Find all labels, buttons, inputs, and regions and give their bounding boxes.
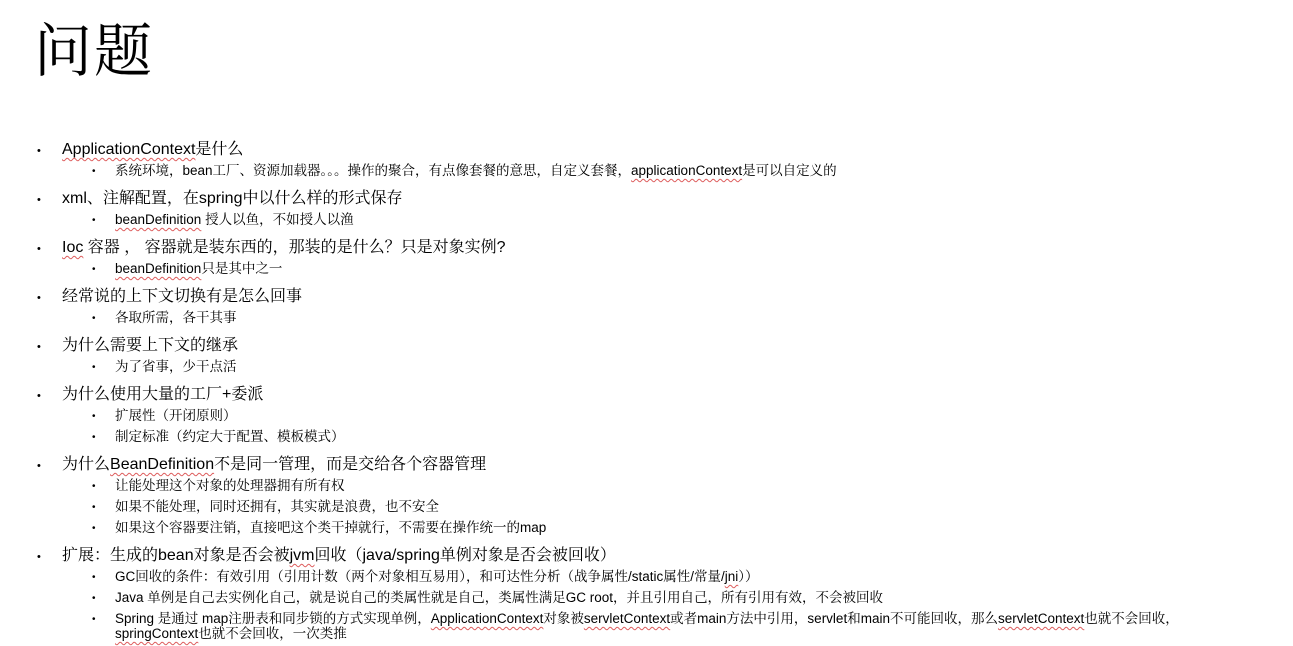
bullet-item: • Ioc 容器 ， 容器就是装东西的，那装的是什么？只是对象实例?	[35, 239, 1255, 256]
bullet-icon: •	[92, 612, 96, 627]
text-segment: 为什么使用大量的工厂+委派	[62, 386, 263, 403]
bullet-icon: •	[92, 213, 96, 228]
sub-bullet-item: • 让能处理这个对象的处理器拥有所有权	[35, 478, 1255, 493]
misspelled-word: ApplicationContext	[62, 141, 195, 158]
text-segment: GC回收的条件：有效引用（引用计数（两个对象相互易用），和可达性分析（战争属性/…	[115, 569, 725, 584]
misspelled-word: springContext	[115, 626, 198, 641]
bullet-icon: •	[92, 430, 96, 445]
bullet-icon: •	[37, 290, 41, 307]
bullet-icon: •	[92, 521, 96, 536]
sub-bullet-item: • 扩展性（开闭原则）	[35, 408, 1255, 423]
bullet-icon: •	[92, 591, 96, 606]
text-segment: 让能处理这个对象的处理器拥有所有权	[115, 478, 345, 493]
sub-bullet-item: • 各取所需，各干其事	[35, 310, 1255, 325]
text-segment: 也就不会回收，一次类推	[198, 626, 347, 641]
slide-title: 问题	[34, 19, 154, 84]
text-segment: 或者main方法中引用，servlet和main不可能回收，那么	[670, 611, 998, 626]
bullet-icon: •	[37, 192, 41, 209]
bullet-item: • 扩展：生成的bean对象是否会被jvm回收（java/spring单例对象是…	[35, 547, 1255, 564]
sub-bullet-item: • 为了省事，少干点活	[35, 359, 1255, 374]
text-segment: 如果这个容器要注销，直接吧这个类干掉就行，不需要在操作统一的map	[115, 520, 546, 535]
bullet-icon: •	[37, 388, 41, 405]
text-segment: 为了省事，少干点活	[115, 359, 237, 374]
bullet-item: • ApplicationContext是什么	[35, 141, 1255, 158]
misspelled-word: jni	[725, 569, 739, 584]
bullet-item: • 经常说的上下文切换有是怎么回事	[35, 288, 1255, 305]
misspelled-word: Ioc	[62, 239, 83, 256]
bullet-icon: •	[92, 570, 96, 585]
text-segment: 扩展性（开闭原则）	[115, 408, 237, 423]
misspelled-word: beanDefinition	[115, 261, 201, 276]
text-segment: 制定标准（约定大于配置、模板模式）	[115, 429, 345, 444]
text-segment: 经常说的上下文切换有是怎么回事	[62, 288, 302, 305]
text-segment: 回收（java/spring单例对象是否会被回收）	[315, 547, 616, 564]
sub-bullet-item: • beanDefinition只是其中之一	[35, 261, 1255, 276]
bullet-item: • xml、注解配置，在spring中以什么样的形式保存	[35, 190, 1255, 207]
text-segment: ））	[738, 569, 758, 584]
text-segment: 只是其中之一	[201, 261, 282, 276]
sub-bullet-item: • 如果不能处理，同时还拥有，其实就是浪费，也不安全	[35, 499, 1255, 514]
text-segment: 如果不能处理，同时还拥有，其实就是浪费，也不安全	[115, 499, 439, 514]
misspelled-word: ApplicationContext	[431, 611, 544, 626]
misspelled-word: applicationContext	[631, 163, 742, 178]
bullet-icon: •	[37, 549, 41, 566]
text-segment: 也就不会回收，	[1084, 611, 1179, 626]
presentation-slide: 问题 • ApplicationContext是什么 • 系统环境，bean工厂…	[0, 0, 1293, 646]
text-segment: 是可以自定义的	[742, 163, 837, 178]
bullet-icon: •	[92, 500, 96, 515]
text-segment: 为什么需要上下文的继承	[62, 337, 238, 354]
misspelled-word: jvm	[290, 547, 315, 564]
text-segment: 是什么	[195, 141, 243, 158]
bullet-icon: •	[37, 339, 41, 356]
bullet-item: • 为什么BeanDefinition不是同一管理，而是交给各个容器管理	[35, 456, 1255, 473]
text-segment: 为什么	[62, 456, 110, 473]
misspelled-word: servletContext	[998, 611, 1084, 626]
sub-bullet-item: • GC回收的条件：有效引用（引用计数（两个对象相互易用），和可达性分析（战争属…	[35, 569, 1255, 584]
bullet-icon: •	[92, 360, 96, 375]
bullet-icon: •	[37, 143, 41, 160]
sub-bullet-item: • beanDefinition 授人以鱼，不如授人以渔	[35, 212, 1255, 227]
text-segment: 各取所需，各干其事	[115, 310, 237, 325]
text-segment: 不是同一管理，而是交给各个容器管理	[214, 456, 486, 473]
slide-body-textbox[interactable]: • ApplicationContext是什么 • 系统环境，bean工厂、资源…	[35, 141, 1255, 641]
sub-bullet-item: • Spring 是通过 map注册表和同步锁的方式实现单例，Applicati…	[35, 611, 1255, 641]
bullet-item: • 为什么需要上下文的继承	[35, 337, 1255, 354]
bullet-icon: •	[92, 262, 96, 277]
bullet-icon: •	[92, 479, 96, 494]
text-segment: 系统环境，bean工厂、资源加载器。。。操作的聚合，有点像套餐的意思，自定义套餐…	[115, 163, 631, 178]
bullet-icon: •	[37, 241, 41, 258]
text-segment: 容器 ， 容器就是装东西的，那装的是什么？只是对象实例?	[83, 239, 505, 256]
sub-bullet-item: • 如果这个容器要注销，直接吧这个类干掉就行，不需要在操作统一的map	[35, 520, 1255, 535]
sub-bullet-item: • 系统环境，bean工厂、资源加载器。。。操作的聚合，有点像套餐的意思，自定义…	[35, 163, 1255, 178]
sub-bullet-item: • Java 单例是自己去实例化自己，就是说自己的类属性就是自己，类属性满足GC…	[35, 590, 1255, 605]
bullet-icon: •	[37, 458, 41, 475]
bullet-icon: •	[92, 164, 96, 179]
sub-bullet-item: • 制定标准（约定大于配置、模板模式）	[35, 429, 1255, 444]
bullet-item: • 为什么使用大量的工厂+委派	[35, 386, 1255, 403]
text-segment: 对象被	[543, 611, 584, 626]
text-segment: 授人以鱼，不如授人以渔	[201, 212, 353, 227]
text-segment: xml、注解配置，在spring中以什么样的形式保存	[62, 190, 402, 207]
bullet-icon: •	[92, 311, 96, 326]
misspelled-word: servletContext	[584, 611, 670, 626]
misspelled-word: beanDefinition	[115, 212, 201, 227]
bullet-icon: •	[92, 409, 96, 424]
text-segment: Java 单例是自己去实例化自己，就是说自己的类属性就是自己，类属性满足GC r…	[115, 590, 883, 605]
text-segment: 扩展：生成的bean对象是否会被	[62, 547, 290, 564]
text-segment: Spring 是通过 map注册表和同步锁的方式实现单例，	[115, 611, 431, 626]
misspelled-word: BeanDefinition	[110, 456, 214, 473]
slide-title-textbox[interactable]: 问题	[34, 4, 154, 88]
